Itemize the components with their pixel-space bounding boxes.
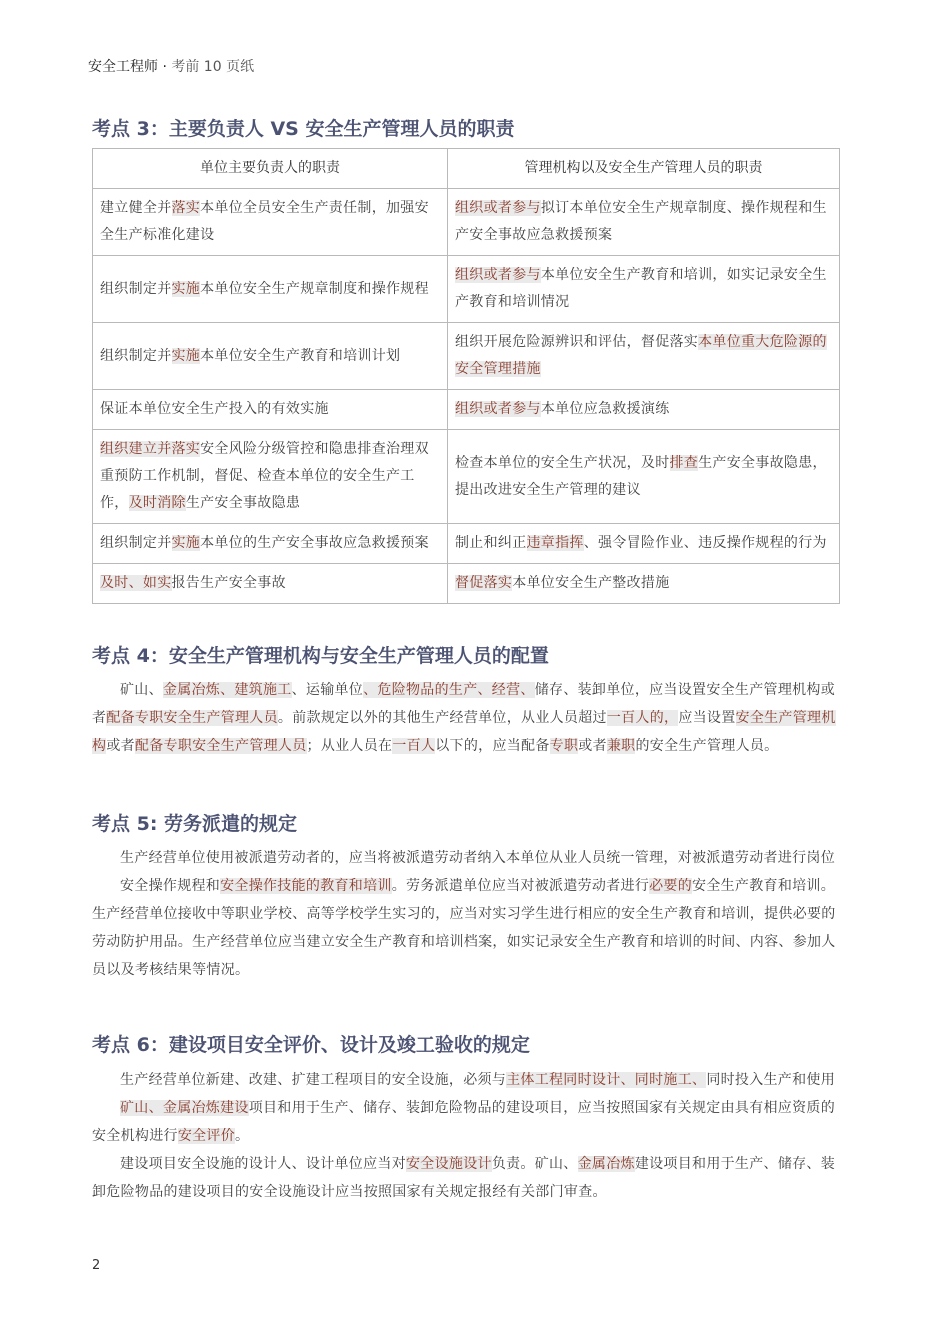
highlighted-keyword: 及时、如实 [100,575,172,591]
highlighted-keyword: 安全操作技能的教育和培训 [220,878,392,894]
highlighted-keyword: 实施 [172,535,201,551]
highlighted-keyword: 排查 [670,455,699,471]
manager-duty-cell: 督促落实本单位安全生产整改措施 [448,564,840,604]
text-run: 生产安全事故隐患 [186,495,300,511]
text-run: 、强令冒险作业、违反操作规程的行为 [584,535,827,551]
text-run: 报告生产安全事故 [172,575,286,591]
paragraph: 生产经营单位使用被派遣劳动者的，应当将被派遣劳动者纳入本单位从业人员统一管理，对… [92,844,840,872]
highlighted-keyword: 落实 [172,200,201,216]
table-row: 及时、如实报告生产安全事故督促落实本单位安全生产整改措施 [93,564,840,604]
principal-duty-cell: 保证本单位安全生产投入的有效实施 [93,390,448,430]
text-run: 本单位的生产安全事故应急救援预案 [200,535,429,551]
table-body: 建立健全并落实本单位全员安全生产责任制，加强安全生产标准化建设组织或者参与拟订本… [93,189,840,604]
highlighted-keyword: 兼职 [607,738,636,754]
highlighted-keyword: 金属冶炼、建筑施工 [163,682,292,698]
highlighted-keyword: 一百人的， [607,710,679,726]
highlighted-keyword: 组织或者参与 [455,267,541,283]
text-run: 组织制定并 [100,348,172,364]
section-6-body: 生产经营单位新建、改建、扩建工程项目的安全设施，必须与主体工程同时设计、同时施工… [92,1066,840,1206]
table-row: 组织建立并落实安全风险分级管控和隐患排查治理双重预防工作机制，督促、检查本单位的… [93,430,840,524]
highlighted-keyword: 一百人 [392,738,435,754]
principal-duty-cell: 组织制定并实施本单位安全生产教育和培训计划 [93,323,448,390]
text-run: 本单位安全生产整改措施 [512,575,669,591]
text-run: 生产经营单位新建、改建、扩建工程项目的安全设施，必须与 [120,1072,506,1088]
text-run: 、运输单位 [292,682,364,698]
paragraph: 生产经营单位新建、改建、扩建工程项目的安全设施，必须与主体工程同时设计、同时施工… [92,1066,840,1094]
text-run: 安全操作规程和 [120,878,220,894]
highlighted-keyword: 组织建立并落实 [100,441,200,457]
table-row: 建立健全并落实本单位全员安全生产责任制，加强安全生产标准化建设组织或者参与拟订本… [93,189,840,256]
section-3-heading: 考点 3：主要负责人 VS 安全生产管理人员的职责 [92,114,514,141]
text-run: 以下的，应当配备 [435,738,549,754]
text-run: 保证本单位安全生产投入的有效实施 [100,401,329,417]
table-row: 组织制定并实施本单位安全生产教育和培训计划组织开展危险源辨识和评估，督促落实本单… [93,323,840,390]
highlighted-keyword: 配备专职安全生产管理人员 [106,710,278,726]
text-run: 生产经营单位使用被派遣劳动者的，应当将被派遣劳动者纳入本单位从业人员统一管理，对… [120,850,835,866]
highlighted-keyword: 实施 [172,348,201,364]
text-run: 。劳务派遣单位应当对被派遣劳动者进行 [392,878,649,894]
highlighted-keyword: 主体工程同时设计、同时施工、 [506,1072,706,1088]
highlighted-keyword: 违章指挥 [527,535,584,551]
section-5-heading: 考点 5: 劳务派遣的规定 [92,809,297,836]
text-run: 组织制定并 [100,281,172,297]
section-5-body: 生产经营单位使用被派遣劳动者的，应当将被派遣劳动者纳入本单位从业人员统一管理，对… [92,844,840,984]
text-run: 或者 [106,738,135,754]
text-run: ；从业人员在 [307,738,393,754]
text-run: 制止和纠正 [455,535,527,551]
principal-duty-cell: 建立健全并落实本单位全员安全生产责任制，加强安全生产标准化建设 [93,189,448,256]
highlighted-keyword: 配备专职安全生产管理人员 [135,738,307,754]
manager-duty-cell: 组织或者参与拟订本单位安全生产规章制度、操作规程和生产安全事故应急救援预案 [448,189,840,256]
manager-duty-cell: 组织或者参与本单位安全生产教育和培训，如实记录安全生产教育和培训情况 [448,256,840,323]
highlighted-keyword: 安全设施设计 [406,1156,492,1172]
text-run: 本单位安全生产规章制度和操作规程 [200,281,429,297]
highlighted-keyword: 专职 [550,738,579,754]
text-run: 建设项目安全设施的设计人、设计单位应当对 [120,1156,406,1172]
text-run: 应当设置 [678,710,735,726]
highlighted-keyword: 督促落实 [455,575,512,591]
manager-duty-cell: 组织或者参与本单位应急救援演练 [448,390,840,430]
book-subtitle: 考前 10 页纸 [171,59,254,75]
manager-duty-cell: 检查本单位的安全生产状况，及时排查生产安全事故隐患，提出改进安全生产管理的建议 [448,430,840,524]
text-run: 组织制定并 [100,535,172,551]
highlighted-keyword: 、危险物品的生产、经营、 [363,682,535,698]
principal-duty-cell: 及时、如实报告生产安全事故 [93,564,448,604]
duties-table: 单位主要负责人的职责 管理机构以及安全生产管理人员的职责 建立健全并落实本单位全… [92,148,840,604]
paragraph: 矿山、金属冶炼建设项目和用于生产、储存、装卸危险物品的建设项目，应当按照国家有关… [92,1094,840,1150]
manager-duty-cell: 制止和纠正违章指挥、强令冒险作业、违反操作规程的行为 [448,524,840,564]
section-4-body: 矿山、金属冶炼、建筑施工、运输单位、危险物品的生产、经营、储存、装卸单位，应当设… [92,676,840,760]
principal-duty-cell: 组织制定并实施本单位安全生产规章制度和操作规程 [93,256,448,323]
text-run: 组织开展危险源辨识和评估，督促落实 [455,334,698,350]
principal-duty-cell: 组织制定并实施本单位的生产安全事故应急救援预案 [93,524,448,564]
text-run: 本单位安全生产教育和培训计划 [200,348,400,364]
paragraph: 矿山、金属冶炼、建筑施工、运输单位、危险物品的生产、经营、储存、装卸单位，应当设… [92,676,840,760]
book-title: 安全工程师 [88,59,158,75]
principal-duty-cell: 组织建立并落实安全风险分级管控和隐患排查治理双重预防工作机制，督促、检查本单位的… [93,430,448,524]
highlighted-keyword: 金属冶炼 [578,1156,635,1172]
highlighted-keyword: 组织或者参与 [455,401,541,417]
running-header: 安全工程师 · 考前 10 页纸 [88,56,254,76]
page-number: 2 [92,1258,100,1273]
highlighted-keyword: 矿山、金属冶炼建设 [120,1100,249,1116]
highlighted-keyword: 及时消除 [129,495,186,511]
text-run: 的安全生产管理人员。 [635,738,778,754]
text-run: 。前款规定以外的其他生产经营单位，从业人员超过 [278,710,607,726]
text-run: 或者 [578,738,607,754]
highlighted-keyword: 安全评价 [178,1128,235,1144]
column-header-principal: 单位主要负责人的职责 [93,149,448,189]
table-row: 组织制定并实施本单位的生产安全事故应急救援预案制止和纠正违章指挥、强令冒险作业、… [93,524,840,564]
text-run: 。 [235,1128,249,1144]
paragraph: 安全操作规程和安全操作技能的教育和培训。劳务派遣单位应当对被派遣劳动者进行必要的… [92,872,840,984]
highlighted-keyword: 组织或者参与 [455,200,541,216]
manager-duty-cell: 组织开展危险源辨识和评估，督促落实本单位重大危险源的安全管理措施 [448,323,840,390]
text-run: 建立健全并 [100,200,172,216]
column-header-managers: 管理机构以及安全生产管理人员的职责 [448,149,840,189]
section-6-heading: 考点 6：建设项目安全评价、设计及竣工验收的规定 [92,1030,530,1057]
highlighted-keyword: 必要的 [649,878,692,894]
highlighted-keyword: 实施 [172,281,201,297]
text-run: 同时投入生产和使用 [706,1072,835,1088]
header-separator: · [158,59,171,75]
text-run: 负责。矿山、 [492,1156,578,1172]
text-run: 矿山、 [120,682,163,698]
section-4-heading: 考点 4：安全生产管理机构与安全生产管理人员的配置 [92,641,549,668]
paragraph: 建设项目安全设施的设计人、设计单位应当对安全设施设计负责。矿山、金属冶炼建设项目… [92,1150,840,1206]
table-row: 保证本单位安全生产投入的有效实施组织或者参与本单位应急救援演练 [93,390,840,430]
text-run: 本单位应急救援演练 [541,401,670,417]
text-run: 检查本单位的安全生产状况，及时 [455,455,670,471]
table-row: 组织制定并实施本单位安全生产规章制度和操作规程组织或者参与本单位安全生产教育和培… [93,256,840,323]
table-header-row: 单位主要负责人的职责 管理机构以及安全生产管理人员的职责 [93,149,840,189]
